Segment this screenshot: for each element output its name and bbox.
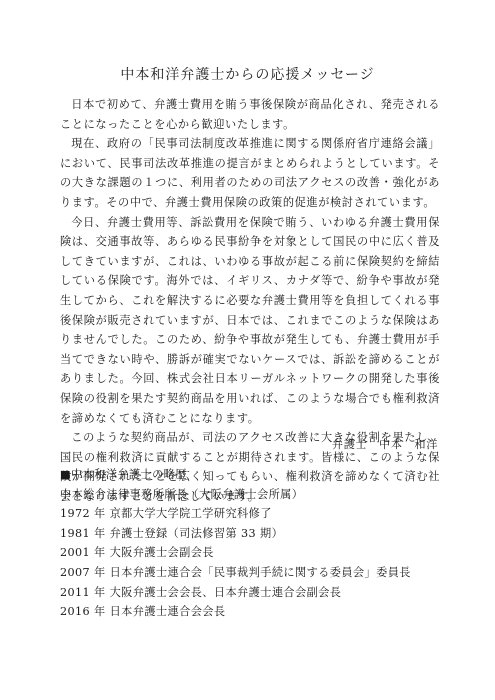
career-text: 大阪弁護士会会長、日本弁護士連合会副会長 [110,586,342,599]
paragraph-intro: 日本で初めて、弁護士費用を賄う事後保険が商品化され、発売されることになったことを… [60,95,440,134]
signature: 弁護士 中本 和洋 [60,436,438,452]
career-entry: 2016 年 日本弁護士連合会会長 [60,602,440,622]
career-year: 1981 年 [60,527,106,540]
career-year: 2001 年 [60,546,106,559]
career-text: 京都大学大学院工学研究科修了 [110,507,272,520]
page-title: 中本和洋弁護士からの応援メッセージ [0,64,495,84]
career-year: 2007 年 [60,566,106,579]
career-entry: 1972 年 京都大学大学院工学研究科修了 [60,504,440,524]
career-entry: 2011 年 大阪弁護士会会長、日本弁護士連合会副会長 [60,583,440,603]
career-text: 大阪弁護士会副会長 [110,546,214,559]
career-text: 弁護士登録（司法修習第 33 期） [110,527,284,540]
career-year: 2016 年 [60,605,106,618]
paragraph-current-reform: 現在、政府の「民事司法制度改革推進に関する関係府省庁連絡会議」において、民事司法… [60,134,440,212]
career-text: 日本弁護士連合会「民事裁判手続に関する委員会」委員長 [110,566,411,579]
career-section: ■中本和洋弁護士の略歴 中本総合法律事務所所長（大阪弁護士会所属） 1972 年… [60,465,440,622]
career-entry: 2007 年 日本弁護士連合会「民事裁判手続に関する委員会」委員長 [60,563,440,583]
career-heading: ■中本和洋弁護士の略歴 [60,465,440,485]
career-year: 2011 年 [60,586,106,599]
career-entry: 2001 年 大阪弁護士会副会長 [60,543,440,563]
career-year: 1972 年 [60,507,106,520]
career-text: 日本弁護士連合会会長 [110,605,226,618]
paragraph-insurance-background: 今日、弁護士費用等、訴訟費用を保険で賄う、いわゆる弁護士費用保険は、交通事故等、… [60,213,440,429]
career-entry: 1981 年 弁護士登録（司法修習第 33 期） [60,524,440,544]
career-affiliation: 中本総合法律事務所所長（大阪弁護士会所属） [60,485,440,505]
